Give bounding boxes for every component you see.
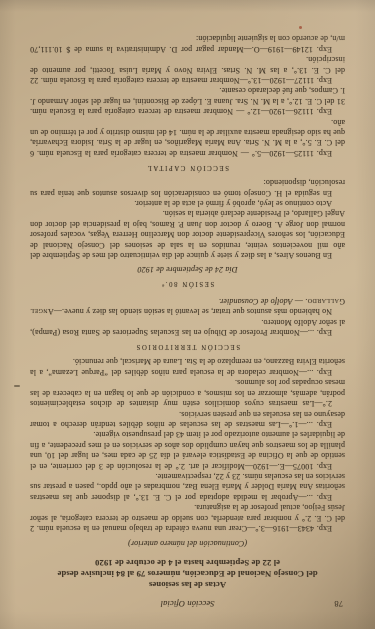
expediente-paragraph: Exp. 11125—1920—5.° — Nombrar maestra de… — [30, 116, 345, 158]
expediente-paragraph: Exp. 11127—1920—13.°—Nombrar maestra de … — [30, 54, 345, 85]
closing-text: No habiendo más asuntos que tratar, se l… — [54, 307, 332, 316]
page-content: 78 Sección Oficial Actas de las sesiones… — [0, 0, 375, 629]
scanned-page-photo: 78 Sección Oficial Actas de las sesiones… — [0, 0, 375, 629]
expediente-paragraph: 2.°—Las maestras cuyos domicilios estén … — [30, 377, 345, 408]
continuation-note: (Continuación del número anterior) — [30, 538, 345, 548]
expediente-paragraph: Exp. ...—Nombrar Profesor de Dibujo en l… — [30, 316, 345, 337]
signature-separator: — — [293, 297, 305, 306]
margin-mark-artifact — [14, 385, 20, 387]
expediente-paragraph: Exp. ...—Aprobar la medida adoptada por … — [30, 471, 345, 502]
section-heading-territorios: SECCIÓN TERRITORIOS — [30, 341, 345, 351]
expediente-paragraph: Exp. 10075—E.—1920—Modificar el art. 2.°… — [30, 429, 345, 471]
session-80-heading: SESIÓN 80.ª — [30, 278, 345, 288]
expediente-paragraph: Exp. 4343—1916—3.°—Crear una nueva cáted… — [30, 502, 345, 533]
expediente-paragraph: Exp. ...—1.°—Las maestras de las escuela… — [30, 408, 345, 429]
expediente-paragraph: Exp. 11126—1920—12.° — Nombrar maestra d… — [30, 85, 345, 116]
session-closing-paragraph: No habiendo más asuntos que tratar, se l… — [30, 295, 345, 316]
expediente-paragraph: Exp. 12149—1919—O.—Mandar pagar por D. A… — [30, 33, 345, 54]
article-title-line-2: del Consejo Nacional de Educación, númer… — [30, 568, 345, 579]
secretary-signature: Adolfo de Cousandier. — [219, 297, 293, 306]
article-title-line-1: Actas de las sesiones — [30, 579, 345, 590]
acta-paragraph: Acto continuo se leyó, aprobó y firmó el… — [30, 198, 345, 208]
ink-dot-artifact — [299, 26, 302, 29]
acta-paragraph: En seguida el H. Consejo tomó en conside… — [30, 177, 345, 198]
session-opening-paragraph: En Buenos Aires, a las diez y siete y qu… — [30, 208, 345, 260]
running-header-title: Sección Oficial — [30, 599, 345, 609]
section-heading-capital: SECCIÓN CAPITAL — [30, 162, 345, 172]
printed-sheet-rotated-180: 78 Sección Oficial Actas de las sesiones… — [0, 0, 375, 629]
article-title: Actas de las sesiones del Consejo Nacion… — [30, 556, 345, 590]
session-80-date: Día 24 de Septiembre de 1920 — [30, 264, 345, 274]
article-title-line-3: el 22 de Septiembre hasta el 4 de octubr… — [30, 556, 345, 567]
running-header: 78 Sección Oficial — [30, 598, 345, 609]
expediente-paragraph: Exp. ...—Nombrar celadora de la escuela … — [30, 356, 345, 377]
